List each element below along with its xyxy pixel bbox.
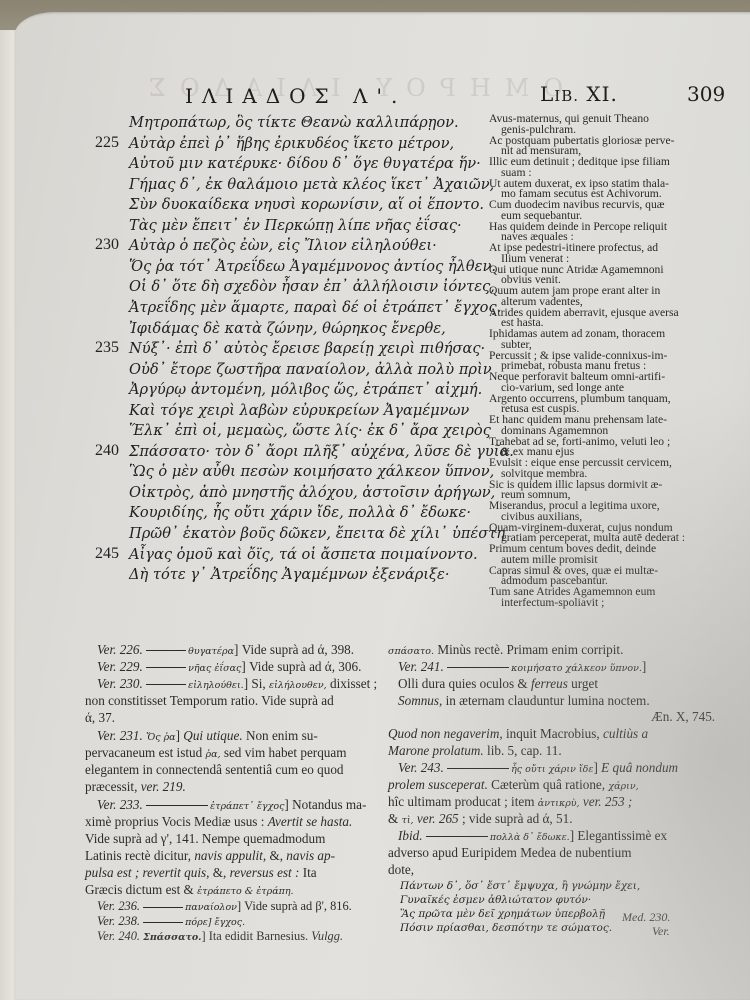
verse-ref: Ver. 243. xyxy=(398,760,444,775)
quote-italic: ferreus xyxy=(531,676,568,691)
book-number: LIB. XI. xyxy=(540,82,618,106)
book-page: ΟΜΗΡΟΥ ΙΛΙΑΔΟΣ ΙΛΙΑΔΟΣ Λ'. LIB. XI. 309 … xyxy=(15,12,750,1000)
verse-ref: Ver. 226. xyxy=(97,642,143,657)
note-233: Ver. 233. ἐτράπετ᾽ ἔγχος] Notandus ma- xyxy=(97,797,366,813)
macrobius-line2: Marone prolatum. lib. 5, cap. 11. xyxy=(388,743,562,759)
greek-lemma: ἧς οὔτι χάριν ἴδε xyxy=(511,764,593,775)
note-text: ] xyxy=(642,659,646,674)
note-text: Ita xyxy=(299,865,316,880)
note-text: Latinis rectè dicitur, xyxy=(85,848,194,863)
line-number: 230 xyxy=(95,236,119,254)
note-italic: Marone prolatum. xyxy=(388,743,484,758)
note-text: hîc ultimam producat ; item xyxy=(388,794,538,809)
note-italic: Avertit se hasta. xyxy=(268,814,353,829)
note-italic: Vulgg. xyxy=(311,929,343,943)
lib-rest: IB. xyxy=(554,87,579,105)
greek-verse-line: Οἱ δ᾽ ὅτε δὴ σχεδὸν ἦσαν ἐπ᾽ ἀλλήλοισιν … xyxy=(129,278,495,295)
greek-lemma: θυγατέρα xyxy=(188,646,234,657)
verse-ref: Ver. 229. xyxy=(97,659,143,674)
greek-lemma: σπάσατο. xyxy=(388,646,434,657)
greek-verse-line: Αὐτὰρ ὁ πεζὸς ἐὼν, εἰς Ἴλιον εἰληλούθει· xyxy=(129,237,437,254)
note-231-line3: elegantem in connectendâ sententiâ cum e… xyxy=(85,762,344,778)
greek-verse-line: Καὶ τόγε χειρὶ λαβὼν εὐρυκρείων Ἀγαμέμνω… xyxy=(129,402,469,419)
greek-verse-line: Ὣς ὁ μὲν αὖθι πεσὼν κοιμήσατο χάλκεον ὕπ… xyxy=(129,463,494,480)
note-text: ] xyxy=(593,760,601,775)
verse-ref: Ver. 240. xyxy=(97,929,140,943)
note-231-line2: pervacaneum est istud ῥα, sed vim habet … xyxy=(85,745,347,761)
verse-ref: Ver. 233. xyxy=(97,797,143,812)
greek-verse-line: Μητροπάτωρ, ὃς τίκτε Θεανὼ καλλιπάρῃον. xyxy=(129,114,459,131)
greek-verse-line: Σπάσσατο· τὸν δ᾽ ἄορι πλῆξ᾽ αὐχένα, λῦσε… xyxy=(129,443,514,460)
greek-verse-line: Ἕλκ᾽ ἐπὶ οἱ, μεμαὼς, ὥστε λίς· ἐκ δ᾽ ἄρα… xyxy=(129,422,491,439)
note-text: ] Elegantissimè ex xyxy=(570,828,667,843)
greek-verse-line: Οἰκτρὸς, ἀπὸ μνηστῆς ἀλόχου, ἀστοῖσιν ἀρ… xyxy=(129,484,495,501)
note-text: ] Notandus ma- xyxy=(284,797,366,812)
note-italic: navis ap- xyxy=(286,848,335,863)
note-240-continued: σπάσατο. Minùs rectè. Primam enim corrip… xyxy=(388,642,623,658)
note-italic: navis appulit, xyxy=(194,848,266,863)
verse-ref: Ver. 236. xyxy=(97,899,140,913)
note-243-line2: prolem susceperat. Cæterùm quâ ratione, … xyxy=(388,777,639,793)
line-number: 235 xyxy=(95,339,119,357)
note-236: Ver. 236. παναίολον] Vide suprà ad β', 8… xyxy=(97,899,352,914)
medea-quote-line: Πόσιν πρίασθαι, δεσπότην τε σώματος. xyxy=(400,922,612,934)
verse-ref: Ver. 241. xyxy=(398,659,444,674)
greek-verse-line: Τὰς μὲν ἔπειτ᾽ ἐν Περκώπῃ λίπε νῆας ἐΐσα… xyxy=(129,217,462,234)
quote-text: in æternam clauduntur lumina noctem. xyxy=(442,693,649,708)
quote-italic: Somnus, xyxy=(398,693,442,708)
note-text: ] ἔγχος. xyxy=(208,917,245,928)
greek-word: εἰλήλουθεν, xyxy=(269,680,327,691)
note-text: sed vim habet perquam xyxy=(221,745,347,760)
note-italic: prolem susceperat. xyxy=(388,777,488,792)
note-233-line4: Latinis rectè dicitur, navis appulit, &,… xyxy=(85,848,335,864)
greek-verse-line: Σὺν δυοκαίδεκα νηυσὶ κορωνίσιν, αἵ οἱ ἕπ… xyxy=(129,196,484,213)
running-title: ΙΛΙΑΔΟΣ Λ'. xyxy=(185,84,406,108)
note-italic: pulsa est ; revertit quis, xyxy=(85,865,209,880)
note-240: Ver. 240. Σπάσσατο.] Ita edidit Barnesiu… xyxy=(97,929,343,944)
note-233-line5: pulsa est ; revertit quis, &, reversus e… xyxy=(85,865,317,881)
lib-initial: L xyxy=(540,82,554,106)
note-ibid-line2: adverso apud Euripidem Medea de nubentiu… xyxy=(388,845,632,861)
note-text: Minùs rectè. Primam enim corripit. xyxy=(434,642,623,657)
greek-lemma: πολλὰ δ᾽ ἔδωκε. xyxy=(490,832,570,843)
note-230-line3: ά, 37. xyxy=(85,710,115,726)
quote-text: Olli dura quies oculos & xyxy=(398,676,531,691)
note-ibid: Ibid. πολλὰ δ᾽ ἔδωκε.] Elegantissimè ex xyxy=(398,828,667,844)
note-text: ximè proprius Vocis Mediæ usus : xyxy=(85,814,268,829)
medea-quote-line: Πάντων δ᾽, ὅσ᾽ ἔστ᾽ ἔμψυχα, ἢ γνώμην ἔχε… xyxy=(400,880,640,892)
note-243-line3: hîc ultimam producat ; item ἀντικρὺ, ver… xyxy=(388,794,632,810)
verse-ref: Ver. 230. xyxy=(97,676,143,691)
note-text: lib. 5, cap. 11. xyxy=(484,743,562,758)
note-text: ] Ita edidit Barnesius. xyxy=(201,929,311,943)
greek-verse-line: Κουριδίης, ἧς οὔτι χάριν ἴδε, πολλὰ δ᾽ ἔ… xyxy=(129,504,471,521)
line-number: 225 xyxy=(95,134,119,152)
greek-verse-line: Ἀτρεΐδης μὲν ἅμαρτε, παραὶ δέ οἱ ἐτράπετ… xyxy=(129,299,501,316)
note-italic: cultiùs a xyxy=(603,726,648,741)
line-number: 240 xyxy=(95,442,119,460)
greek-verse-line: Γήμας δ᾽, ἐκ θαλάμοιο μετὰ κλέος ἵκετ᾽ Ἀ… xyxy=(129,176,494,193)
note-ibid-line3: dote, xyxy=(388,862,414,878)
note-text: Græcis dictum est & xyxy=(85,882,197,897)
virgil-quote-line2: Somnus, in æternam clauduntur lumina noc… xyxy=(398,693,650,709)
note-230: Ver. 230. εἰληλούθει.] Si, εἰλήλουθεν, d… xyxy=(97,676,377,692)
verse-ref: ver. 253 ; xyxy=(580,794,633,809)
note-233-line2: ximè proprius Vocis Mediæ usus : Avertit… xyxy=(85,814,352,830)
greek-lemma: παναίολον xyxy=(185,902,237,913)
line-number: 245 xyxy=(95,545,119,563)
note-text: ] Vide suprà ad ά, 306. xyxy=(241,659,361,674)
note-text: ] Si, xyxy=(244,676,269,691)
verse-ref: Ver. 238. xyxy=(97,914,140,928)
greek-word: ἀντικρὺ, xyxy=(538,798,580,809)
note-text: dixisset ; xyxy=(327,676,378,691)
note-241: Ver. 241. κοιμήσατο χάλκεον ὕπνον.] xyxy=(398,659,646,675)
note-231: Ver. 231. Ὅς ῥα] Qui utique. Non enim su… xyxy=(97,728,318,744)
note-italic: reversus est : xyxy=(230,865,300,880)
verse-ref: Ver. 231. xyxy=(97,728,143,743)
greek-lemma: νῆας ἐΐσας xyxy=(188,663,241,674)
verse-ref: Ibid. xyxy=(398,828,423,843)
greek-word: χάριν, xyxy=(608,781,638,792)
note-text: ] Vide suprà ad ά, 398. xyxy=(234,642,354,657)
verse-ref: ver. 265 xyxy=(414,811,459,826)
greek-verse-line: Πρῶθ᾽ ἑκατὸν βοῦς δῶκεν, ἔπειτα δὲ χίλι᾽… xyxy=(129,525,505,542)
medea-quote-line: Γυναῖκές ἐσμεν ἀθλιώτατον φυτόν· xyxy=(400,894,591,906)
note-233-line6: Græcis dictum est & ἐτράπετο & ἐτράπη. xyxy=(85,882,294,898)
note-text: & xyxy=(388,811,402,826)
note-226: Ver. 226. θυγατέρα] Vide suprà ad ά, 398… xyxy=(97,642,354,658)
greek-word: ἐτράπετο & ἐτράπη. xyxy=(197,886,293,897)
greek-word: ῥα, xyxy=(205,749,220,760)
catchword: Ver. xyxy=(652,924,670,939)
verse-ref: ver. 219. xyxy=(141,779,186,794)
virgil-quote-line1: Olli dura quies oculos & ferreus urget xyxy=(398,676,598,692)
note-230-line2: non constitisset Temporum ratio. Vide su… xyxy=(85,693,334,709)
greek-verse-line: Οὐδ᾽ ἔτορε ζωστῆρα παναίολον, ἀλλὰ πολὺ … xyxy=(129,361,492,378)
note-italic: E quâ nondum xyxy=(601,760,678,775)
greek-lemma: ἐτράπετ᾽ ἔγχος xyxy=(210,801,284,812)
greek-verse-line: Ἀργύρῳ ἀντομένη, μόλιβος ὥς, ἐτράπετ᾽ αἰ… xyxy=(129,381,482,398)
note-238: Ver. 238. πόρε] ἔγχος. xyxy=(97,914,245,929)
note-italic: Qui utique. xyxy=(183,728,242,743)
note-233-line3: Vide suprà ad γ', 141. Nempe quemadmodum xyxy=(85,831,325,847)
note-243-line4: & τὶ, ver. 265 ; vide suprà ad ά, 51. xyxy=(388,811,573,827)
greek-verse-line: Αὐτὰρ ἐπεὶ ῥ᾽ ἥβης ἐρικυδέος ἵκετο μέτρο… xyxy=(129,135,454,152)
greek-verse-line: Νύξ᾽· ἐπὶ δ᾽ αὐτὸς ἔρεισε βαρείῃ χειρὶ π… xyxy=(129,340,485,357)
greek-lemma: Ὅς ῥα xyxy=(146,732,176,743)
note-text: inquit Macrobius, xyxy=(503,726,603,741)
note-text: præcessit, xyxy=(85,779,141,794)
note-italic: Quod non negaverim, xyxy=(388,726,503,741)
note-229: Ver. 229. νῆας ἐΐσας] Vide suprà ad ά, 3… xyxy=(97,659,361,675)
note-text: &, xyxy=(209,865,229,880)
macrobius-line1: Quod non negaverim, inquit Macrobius, cu… xyxy=(388,726,648,742)
greek-lemma: κοιμήσατο χάλκεον ὕπνον. xyxy=(511,663,642,674)
lib-numeral: XI. xyxy=(586,82,618,106)
greek-word: τὶ, xyxy=(402,815,414,826)
greek-lemma: Σπάσσατο. xyxy=(143,932,201,943)
greek-verse-line: Δὴ τότε γ᾽ Ἀτρεΐδης Ἀγαμέμνων ἐξενάριξε· xyxy=(129,566,450,583)
medea-citation: Med. 230. xyxy=(622,910,670,925)
greek-lemma: εἰληλούθει. xyxy=(188,680,244,691)
note-text: pervacaneum est istud xyxy=(85,745,205,760)
note-text: &, xyxy=(266,848,286,863)
greek-lemma: πόρε xyxy=(185,917,208,928)
greek-verse-line: Αὐτοῦ μιν κατέρυκε· δίδου δ᾽ ὅγε θυγατέρ… xyxy=(129,155,481,172)
note-text: Non enim su- xyxy=(243,728,318,743)
page-number: 309 xyxy=(687,82,725,106)
latin-translation-line: interfectum-spoliavit ; xyxy=(501,596,604,609)
quote-text: urget xyxy=(568,676,598,691)
note-231-line4: præcessit, ver. 219. xyxy=(85,779,186,795)
greek-verse-line: Αἶγας ὁμοῦ καὶ ὄϊς, τά οἱ ἄσπετα ποιμαίν… xyxy=(129,546,478,563)
aeneid-citation: Æn. X, 745. xyxy=(651,709,715,725)
note-text: Cæterùm quâ ratione, xyxy=(488,777,609,792)
note-text: ] Vide suprà ad β', 816. xyxy=(237,899,352,913)
note-text: ; vide suprà ad ά, 51. xyxy=(459,811,573,826)
greek-verse-line: Ἰφιδάμας δὲ κατὰ ζώνην, θώρηκος ἔνερθε, xyxy=(129,320,446,337)
medea-quote-line: Ἃς πρῶτα μὲν δεῖ χρημάτων ὑπερβολῇ xyxy=(400,908,605,920)
note-243: Ver. 243. ἧς οὔτι χάριν ἴδε] E quâ nondu… xyxy=(398,760,678,776)
greek-verse-line: Ὅς ῥα τότ᾽ Ἀτρεΐδεω Ἀγαμέμνονος ἀντίος ἦ… xyxy=(129,258,496,275)
